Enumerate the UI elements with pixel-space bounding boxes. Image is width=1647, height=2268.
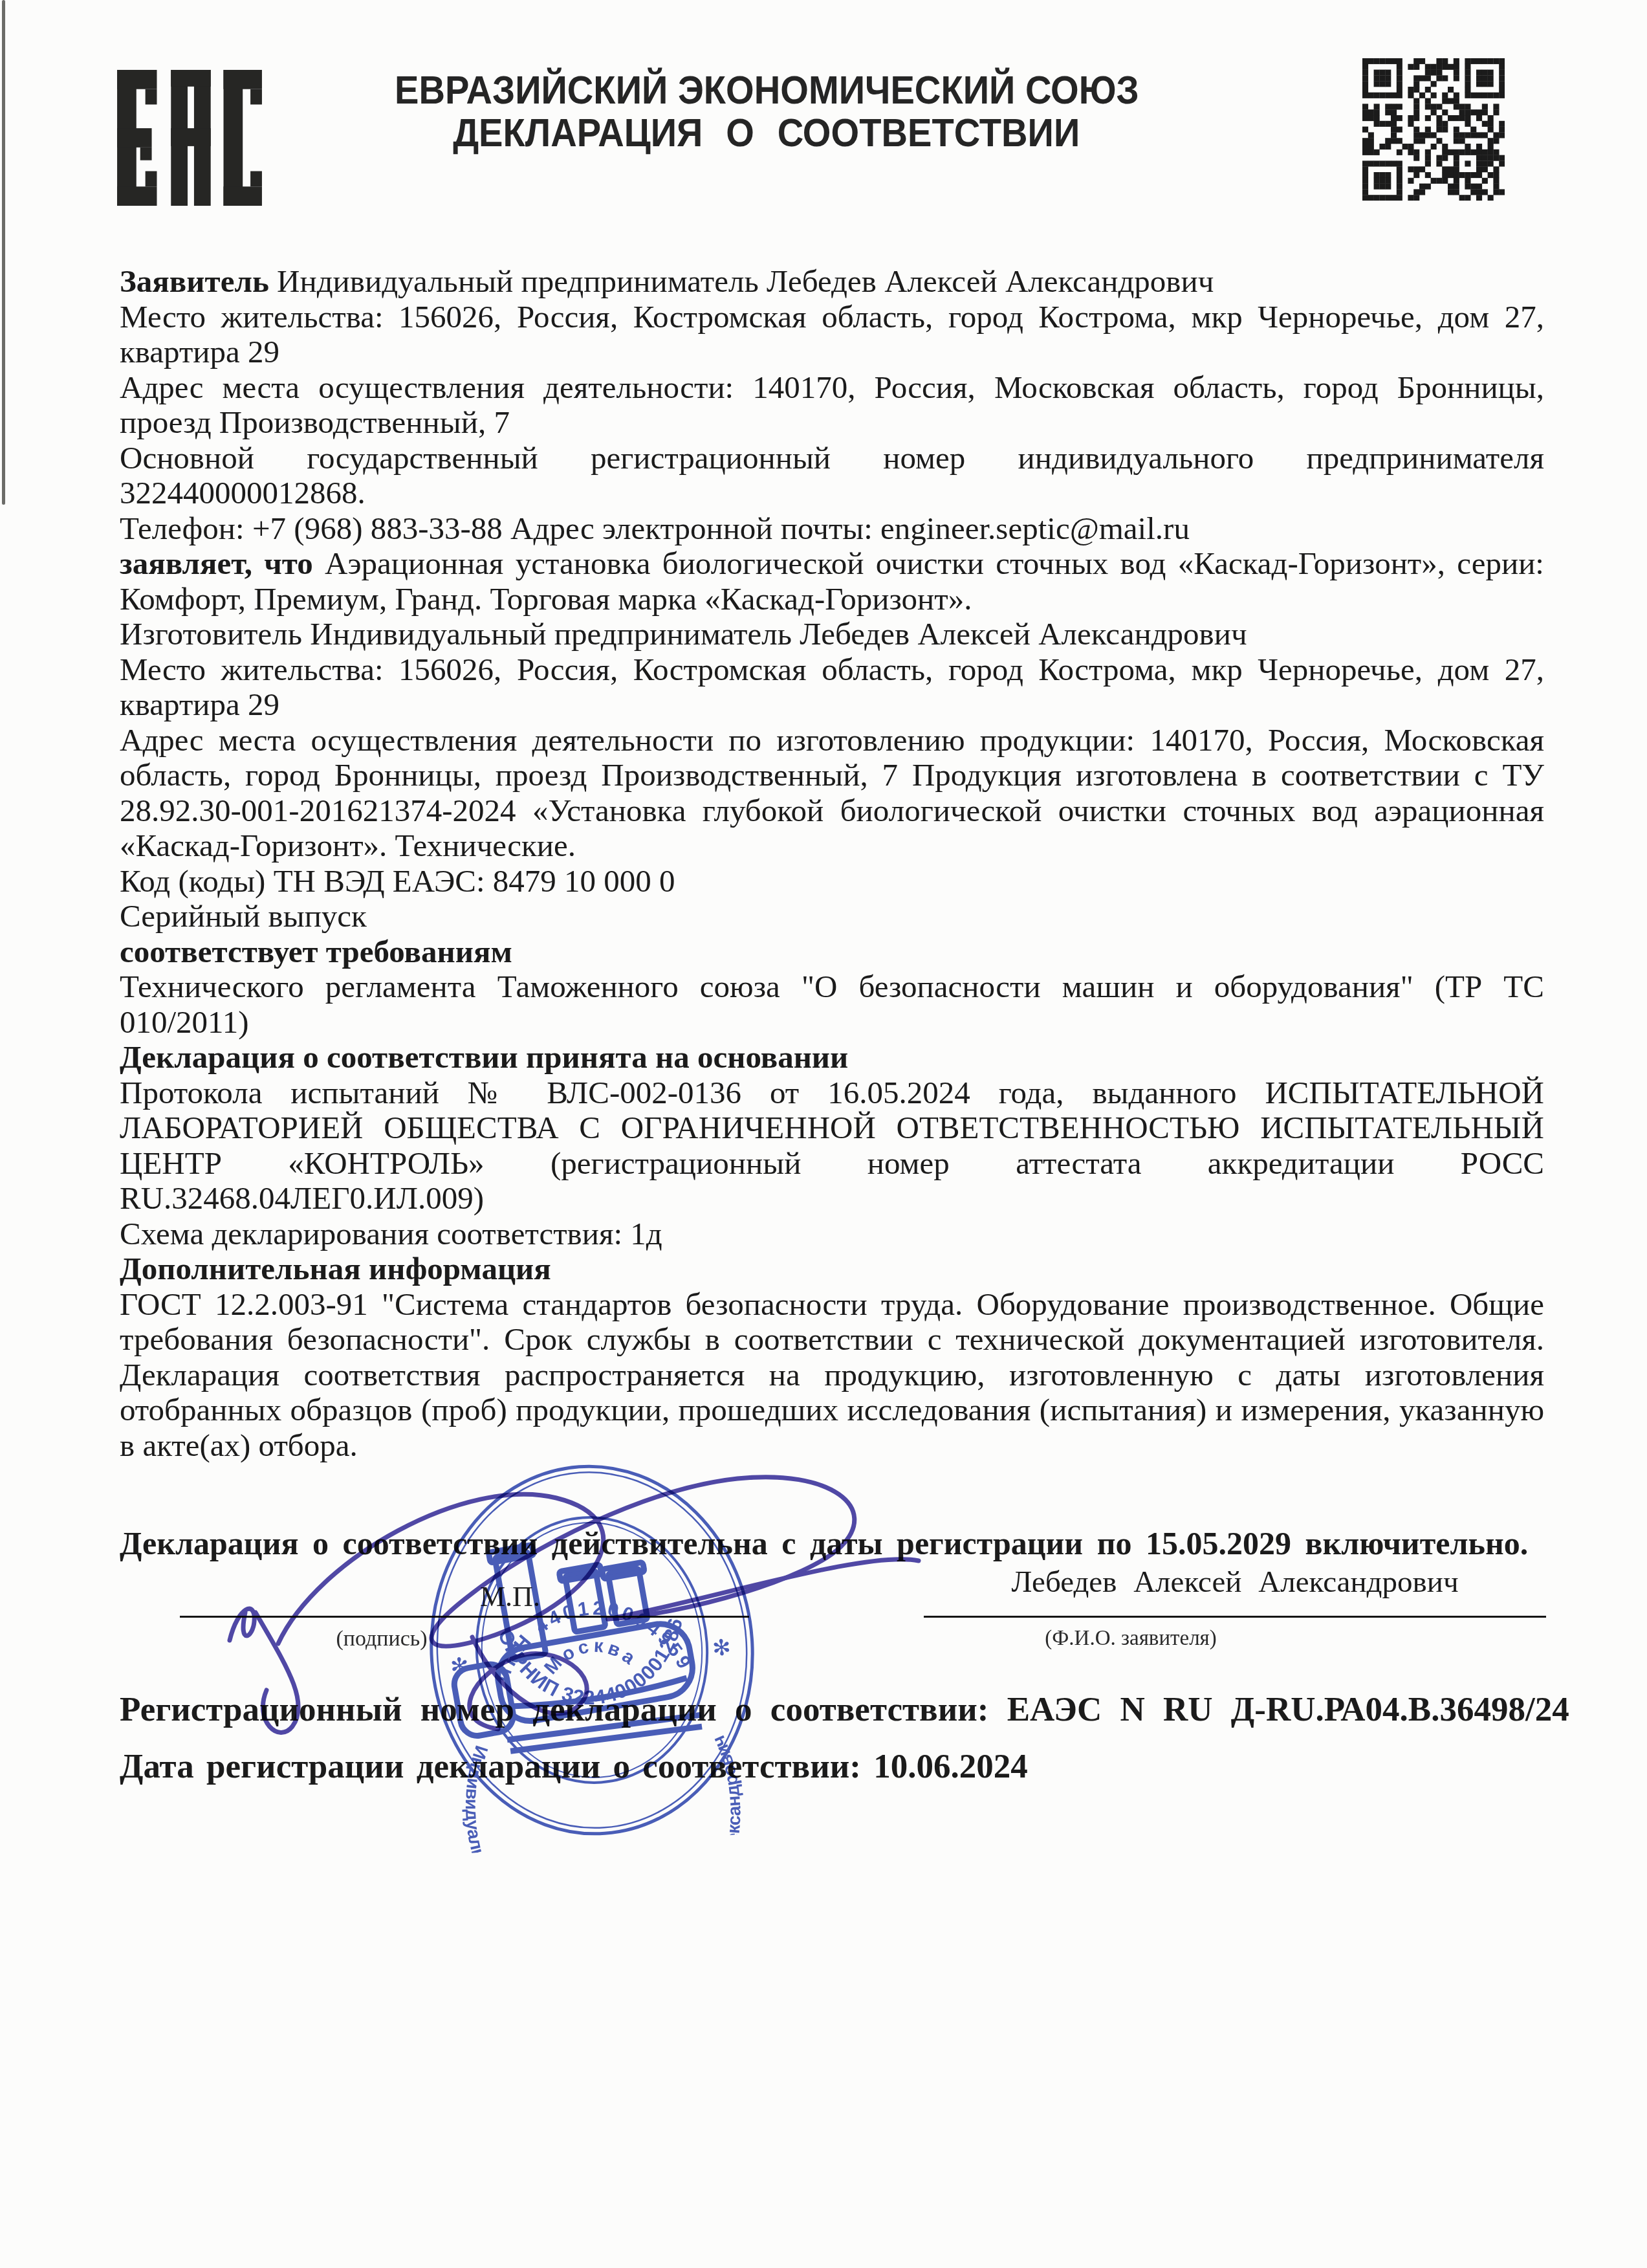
paragraph-1: Заявитель Индивидуальный предприниматель…	[120, 264, 1544, 300]
paragraph-2: Место жительства: 156026, Россия, Костро…	[120, 300, 1544, 370]
applicant-name-line	[924, 1616, 1546, 1618]
paragraph-18: ГОСТ 12.2.003-91 "Система стандартов без…	[120, 1287, 1544, 1464]
paragraph-4: Основной государственный регистрационный…	[120, 441, 1544, 511]
declaration-document: ЕВРАЗИЙСКИЙ ЭКОНОМИЧЕСКИЙ СОЮЗ ДЕКЛАРАЦИ…	[0, 0, 1647, 2268]
paragraph-13: Технического регламента Таможенного союз…	[120, 969, 1544, 1040]
qr-code	[1362, 58, 1505, 201]
paragraph-9: Адрес места осуществления деятельности п…	[120, 723, 1544, 864]
paragraph-12: соответствует требованиям	[120, 934, 1544, 970]
round-stamp: Индивидуальный предприниматель Лебедев А…	[404, 1444, 780, 1856]
scan-edge-artifact	[2, 0, 5, 505]
applicant-name-label: (Ф.И.О. заявителя)	[924, 1627, 1338, 1651]
paragraph-17: Дополнительная информация	[120, 1251, 1544, 1287]
paragraph-10: Код (коды) ТН ВЭД ЕАЭС: 8479 10 000 0	[120, 864, 1544, 899]
document-title: ЕВРАЗИЙСКИЙ ЭКОНОМИЧЕСКИЙ СОЮЗ ДЕКЛАРАЦИ…	[278, 69, 1255, 154]
title-line-declaration: ДЕКЛАРАЦИЯ О СООТВЕТСТВИИ	[453, 111, 1080, 154]
paragraph-5: Телефон: +7 (968) 883-33-88 Адрес электр…	[120, 511, 1544, 547]
stamp-outer-text: Индивидуальный предприниматель Лебедев А…	[457, 1724, 756, 1856]
paragraph-8: Место жительства: 156026, Россия, Костро…	[120, 652, 1544, 723]
paragraph-11: Серийный выпуск	[120, 899, 1544, 934]
paragraph-15: Протокола испытаний № ВЛС-002-0136 от 16…	[120, 1075, 1544, 1217]
paragraph-7: Изготовитель Индивидуальный предпринимат…	[120, 617, 1544, 652]
eac-logo	[116, 70, 263, 206]
registration-number-value: ЕАЭС N RU Д-RU.РА04.В.36498/24	[1007, 1691, 1569, 1728]
title-line-union: ЕВРАЗИЙСКИЙ ЭКОНОМИЧЕСКИЙ СОЮЗ	[395, 69, 1139, 111]
paragraph-6: заявляет, что Аэрационная установка биол…	[120, 546, 1544, 617]
svg-text:Индивидуальный предприниматель: Индивидуальный предприниматель Лебедев А…	[457, 1724, 756, 1856]
stamp-star-right: ✻	[712, 1635, 732, 1661]
paragraph-16: Схема декларирования соответствия: 1д	[120, 1217, 1544, 1252]
applicant-name: Лебедев Алексей Александрович	[924, 1565, 1546, 1600]
paragraph-14: Декларация о соответствии принята на осн…	[120, 1040, 1544, 1075]
paragraph-3: Адрес места осуществления деятельности: …	[120, 370, 1544, 441]
body-text: Заявитель Индивидуальный предприниматель…	[120, 264, 1544, 1463]
